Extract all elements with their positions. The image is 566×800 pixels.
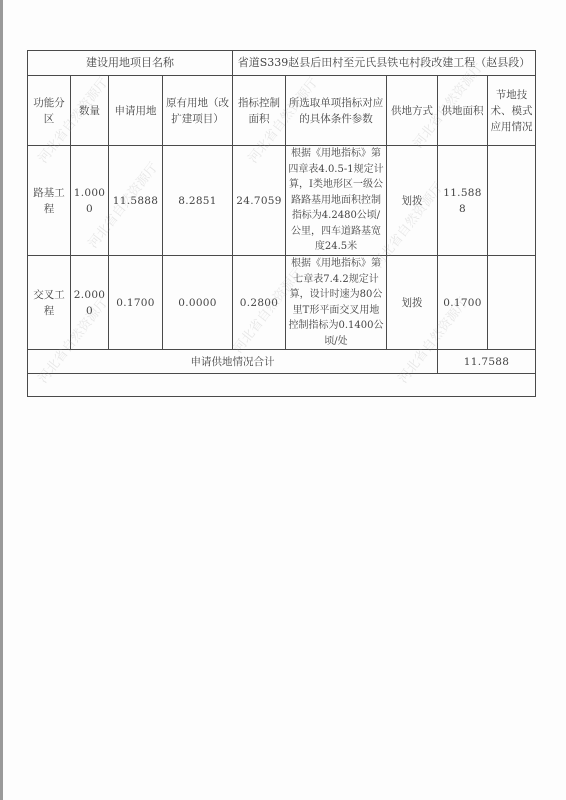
- total-row: 申请供地情况合计 11.7588: [28, 350, 536, 374]
- header-control-area: 指标控制面积: [233, 76, 286, 146]
- zone-cell: 路基工程: [28, 146, 71, 256]
- header-quantity: 数量: [71, 76, 109, 146]
- table-row: 路基工程 1.0000 11.5888 8.2851 24.7059 根据《用地…: [28, 146, 536, 256]
- control-area-cell: 24.7059: [233, 146, 286, 256]
- condition-cell: 根据《用地指标》第四章表4.0.5-1规定计算，I类地形区一级公路路基用地面积控…: [286, 146, 387, 256]
- total-value: 11.7588: [438, 350, 536, 374]
- condition-cell: 根据《用地指标》第七章表7.4.2规定计算，设计时速为80公里T形平面交叉用地控…: [286, 256, 387, 350]
- quantity-cell: 1.0000: [71, 146, 109, 256]
- quantity-cell: 2.0000: [71, 256, 109, 350]
- zone-cell: 交叉工程: [28, 256, 71, 350]
- technique-cell: [488, 146, 536, 256]
- project-label: 建设用地项目名称: [28, 51, 233, 76]
- scan-edge: [0, 0, 3, 800]
- table-row: 交叉工程 2.0000 0.1700 0.0000 0.2800 根据《用地指标…: [28, 256, 536, 350]
- header-supply-method: 供地方式: [387, 76, 438, 146]
- existing-cell: 0.0000: [163, 256, 233, 350]
- header-zone: 功能分区: [28, 76, 71, 146]
- header-row: 功能分区 数量 申请用地 原有用地（改扩建项目） 指标控制面积 所选取单项指标对…: [28, 76, 536, 146]
- header-supply-area: 供地面积: [438, 76, 488, 146]
- total-label: 申请供地情况合计: [28, 350, 438, 374]
- land-use-table: 建设用地项目名称 省道S339赵县后田村至元氏县铁屯村段改建工程（赵县段） 功能…: [27, 50, 536, 397]
- project-row: 建设用地项目名称 省道S339赵县后田村至元氏县铁屯村段改建工程（赵县段）: [28, 51, 536, 76]
- technique-cell: [488, 256, 536, 350]
- supply-area-cell: 11.5888: [438, 146, 488, 256]
- header-condition: 所选取单项指标对应的具体条件参数: [286, 76, 387, 146]
- existing-cell: 8.2851: [163, 146, 233, 256]
- header-technique: 节地技术、模式应用情况: [488, 76, 536, 146]
- empty-cell: [28, 374, 536, 397]
- header-requested: 申请用地: [109, 76, 163, 146]
- requested-cell: 0.1700: [109, 256, 163, 350]
- project-name: 省道S339赵县后田村至元氏县铁屯村段改建工程（赵县段）: [233, 51, 536, 76]
- control-area-cell: 0.2800: [233, 256, 286, 350]
- supply-method-cell: 划拨: [387, 256, 438, 350]
- supply-area-cell: 0.1700: [438, 256, 488, 350]
- empty-row: [28, 374, 536, 397]
- supply-method-cell: 划拨: [387, 146, 438, 256]
- header-existing: 原有用地（改扩建项目）: [163, 76, 233, 146]
- requested-cell: 11.5888: [109, 146, 163, 256]
